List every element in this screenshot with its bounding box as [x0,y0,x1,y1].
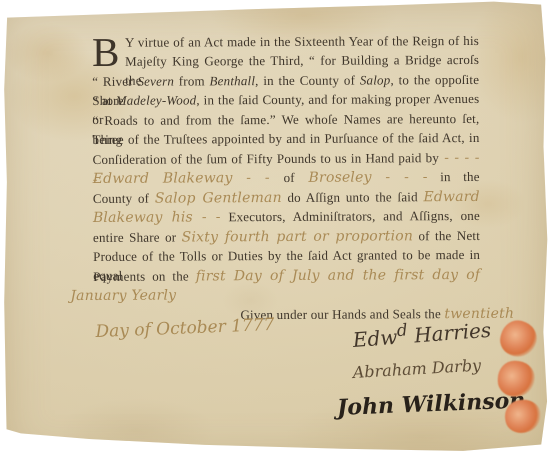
handwritten-text: - - [193,209,221,225]
printed-text: “ at [92,93,116,108]
deed-line-1: Y virtue of an Act made in the Sixteenth… [92,31,479,52]
deed-lines: Y virtue of an Act made in the Sixteenth… [0,0,549,1]
deed-line-3: “ River Severn from Benthall, in the Cou… [92,70,479,91]
printed-text: “ River [92,74,137,89]
signature-text: Harries [407,318,492,348]
deed-line-12: Produce of the Tolls or Duties by the ſa… [93,245,480,266]
wax-blob [498,361,535,397]
wax-seal-icon [502,397,543,436]
printed-text: entire Share or [93,229,182,244]
deed-line-5: “ Roads to and from the ſame.” We whoſe … [92,109,479,130]
deed-line-7: Conſideration of the ſum of Fifty Pounds… [93,148,480,169]
handwritten-text: Blakeway his [93,209,193,226]
signatures: Edwd HarriesAbraham DarbyJohn Wilkinson [0,0,549,1]
wax-blob [497,317,541,361]
wax-blob [502,397,543,436]
printed-text: of the Nett [413,228,480,243]
deed-line-4: “ at Madeley-Wood, in the ſaid County, a… [92,89,479,110]
deed-line-2: Majeſty King George the Third, “ for Bui… [92,50,479,71]
scanned-document-image: B Y virtue of an Act made in the Sixteen… [0,0,550,463]
deed-line-13: Payments on the first Day of July and th… [93,265,480,286]
signature-text: Abraham Darby [352,356,481,382]
signature-abraham-darby: Abraham Darby [352,356,481,382]
deed-line-11: entire Share or Sixty fourth part or pro… [93,226,480,247]
printed-text: County of [93,191,155,206]
handwritten-text: Broseley [295,169,372,185]
printed-text: Executors, Adminiſtrators, and Aſſigns, … [221,208,480,224]
handwritten-text: January Yearly [70,288,176,305]
printed-text: in the [428,169,480,184]
printed-italic-text: Benthall [209,73,255,88]
signature-text: Edw [352,325,398,352]
deed-line-6: Three of the Truſtees appointed by and i… [92,128,479,149]
printed-text: do Aſſign unto the ſaid [282,189,424,205]
printed-text: Y virtue of an Act made in the Sixteenth… [125,33,479,50]
deed-line-9: County of Salop Gentleman do Aſſign unto… [93,187,480,208]
printed-text: of [284,170,295,185]
printed-italic-text: Salop [360,72,391,87]
handwritten-text: first Day of July and the first day of [196,267,481,284]
printed-italic-text: Severn [137,74,174,89]
deed-line-10: Blakeway his - - Executors, Adminiſtrato… [93,206,480,227]
handwritten-text: Edward [423,189,479,205]
parchment-sheet: B Y virtue of an Act made in the Sixteen… [0,0,550,463]
printed-text: Payments on the [93,268,196,284]
deed-line-8: Edward Blakeway - - of Broseley - - - in… [93,167,480,188]
date-line-handwritten: Day of October 1777 [95,315,275,342]
deed-text-block: B Y virtue of an Act made in the Sixteen… [0,0,550,463]
printed-text: Conſideration of the ſum of Fifty Pounds… [93,150,439,167]
handwritten-text: Salop Gentleman [155,190,282,207]
printed-text: , in the County of [255,73,360,89]
printed-italic-text: Madeley-Wood [116,92,197,107]
handwritten-text: - - [232,170,283,186]
handwritten-text: Sixty fourth part or proportion [182,228,414,245]
wax-seals [0,0,549,1]
handwritten-text: Edward Blakeway [93,170,233,187]
printed-text: Three of the Truſtees appointed by and i… [92,130,479,147]
deed-line-14: January Yearly [70,286,176,306]
handwritten-text: - - - [372,169,428,185]
printed-text: from [174,73,210,88]
wax-seal-icon [497,317,541,361]
wax-seal-icon [498,361,535,397]
